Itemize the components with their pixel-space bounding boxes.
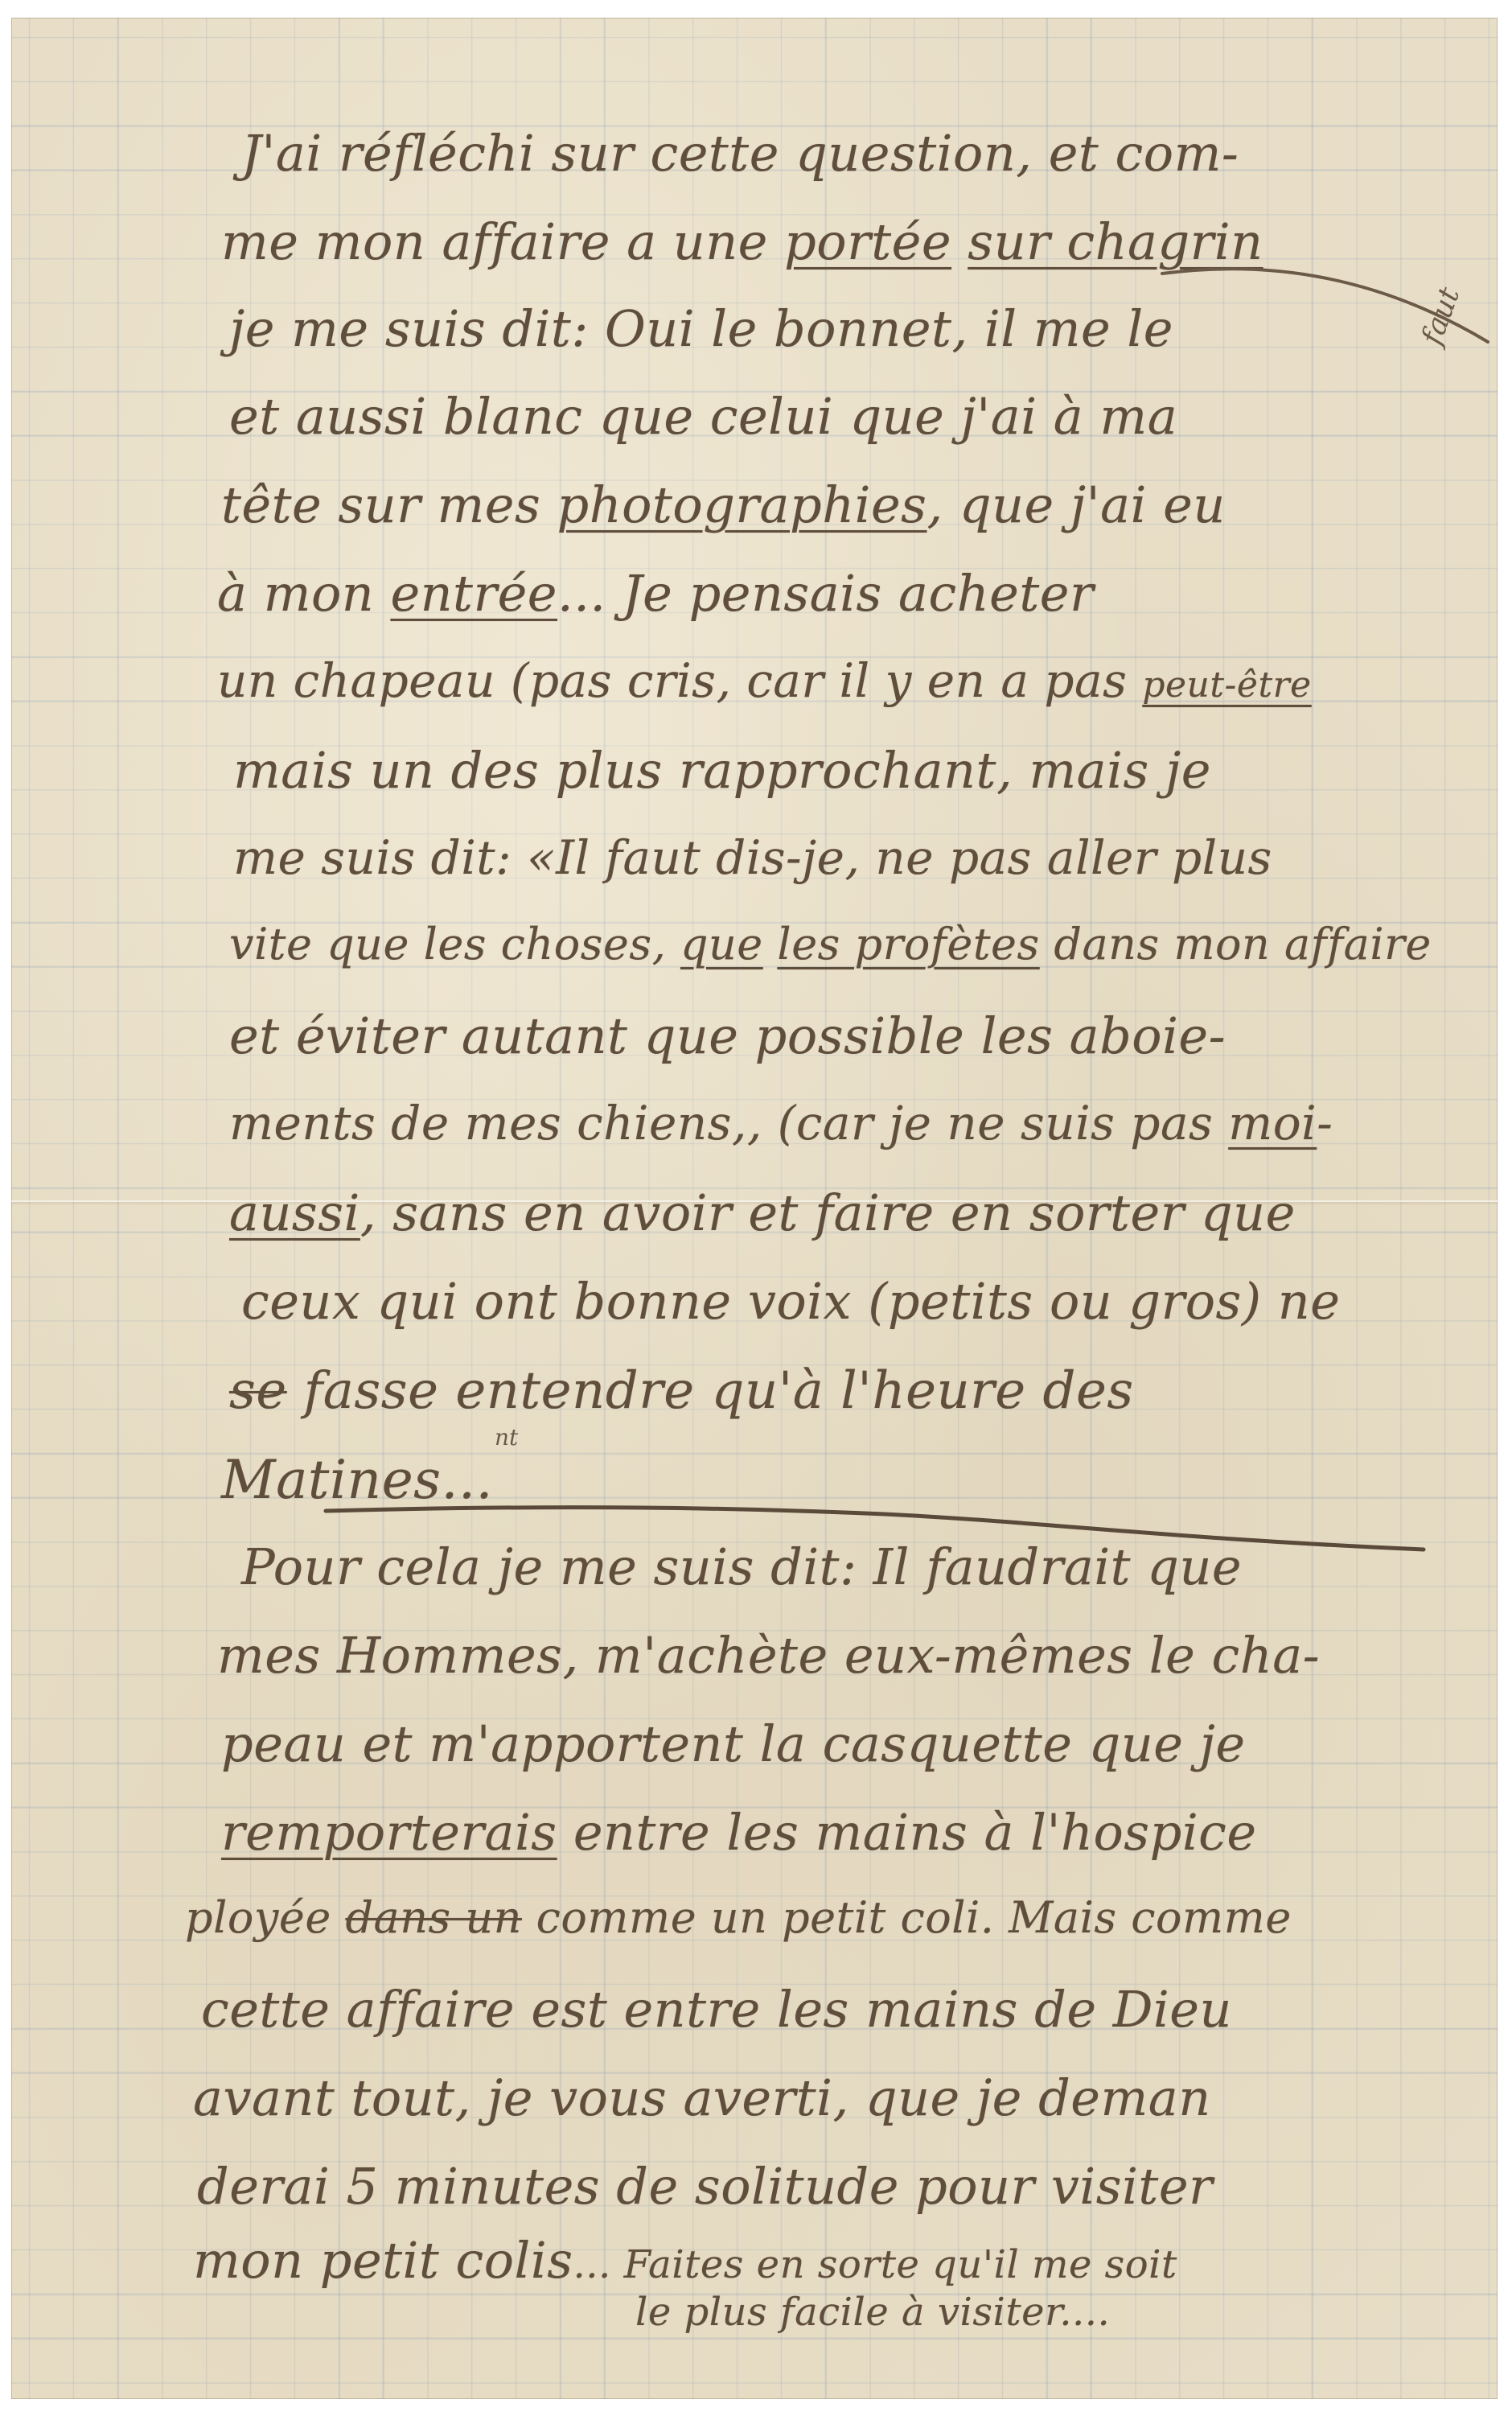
- text-segment: je me suis dit: Oui le bonnet, il me le: [229, 299, 1173, 358]
- text-segment: Pour cela je me suis dit: Il faudrait qu…: [241, 1537, 1242, 1596]
- underlined-word: question: [795, 124, 1016, 183]
- text-segment: ,: [652, 919, 680, 969]
- text-segment: [951, 212, 968, 271]
- text-line-13: aussi, sans en avoir et faire en sorter …: [229, 1188, 1296, 1238]
- text-line-20: remporterais entre les mains à l'hospice: [221, 1808, 1257, 1858]
- text-line-26: le plus facile à visiter....: [635, 2293, 1110, 2332]
- text-segment: vite que les: [229, 919, 501, 969]
- text-segment: , que j'ai eu: [927, 475, 1225, 534]
- text-line-25: mon petit colis... Faites en sorte qu'il…: [193, 2236, 1177, 2286]
- text-segment: dans mon affaire: [1040, 919, 1432, 969]
- text-line-15: se fasse entendre qu'à l'heure des: [229, 1365, 1134, 1417]
- text-line-14: ceux qui ont bonne voix (petits ou gros)…: [241, 1277, 1340, 1327]
- text-segment: le plus facile à visiter....: [635, 2290, 1110, 2335]
- text-line-2: me mon affaire a une portée sur chagrin: [221, 217, 1263, 267]
- text-line-23: avant tout, je vous averti, que je deman: [193, 2073, 1211, 2123]
- text-segment: tête sur mes: [221, 475, 557, 534]
- text-line-10: vite que les choses, que les profètes da…: [229, 923, 1432, 966]
- text-segment: ceux qui ont bonne voix (petits ou gros)…: [241, 1272, 1340, 1331]
- text-segment: comme un petit coli. Mais comme: [522, 1892, 1292, 1943]
- text-line-18: mes Hommes, m'achète eux-mêmes le cha-: [217, 1631, 1320, 1681]
- text-segment: -: [1317, 1096, 1333, 1150]
- text-segment: mon petit colis: [193, 2231, 573, 2290]
- underlined-word: les profètes: [777, 919, 1039, 969]
- text-line-24: derai 5 minutes de solitude pour visiter: [197, 2162, 1213, 2212]
- text-line-8: mais un des plus rapprochant, mais je: [233, 746, 1211, 796]
- text-segment: ... Je pensais acheter: [557, 564, 1094, 623]
- underlined-word: entrée: [390, 564, 557, 623]
- text-segment: que possible les aboie-: [627, 1006, 1226, 1065]
- text-segment: me suis dit: «Il faut dis-je, ne pas all…: [233, 830, 1272, 885]
- text-segment: mais un des plus rapprochant, mais je: [233, 741, 1211, 800]
- underlined-word: que: [680, 919, 763, 969]
- text-line-6: à mon entrée... Je pensais acheter: [217, 569, 1094, 619]
- underlined-word: moi: [1228, 1096, 1317, 1150]
- text-segment: entre les mains à l'hospice: [557, 1803, 1257, 1862]
- text-line-9: me suis dit: «Il faut dis-je, ne pas all…: [233, 834, 1272, 881]
- text-segment: cette affaire est entre les mains de Die…: [201, 1980, 1232, 2039]
- text-line-12: ments de mes chiens,, (car je ne suis pa…: [229, 1100, 1333, 1146]
- text-segment: et aussi blanc que celui que j'ai à ma: [229, 387, 1177, 446]
- underlined-word: photographies: [557, 475, 927, 534]
- text-line-22: cette affaire est entre les mains de Die…: [201, 1985, 1232, 2035]
- text-segment: ments de mes chiens,, (car je ne suis pa…: [229, 1096, 1228, 1150]
- underlined-word: remporterais: [221, 1803, 557, 1862]
- text-line-1: J'ai réfléchi sur cette question, et com…: [241, 129, 1239, 179]
- underlined-word: portée: [784, 212, 951, 271]
- text-segment: avant tout, je vous averti, que je deman: [193, 2068, 1211, 2127]
- underlined-word: peut-être: [1142, 665, 1311, 706]
- text-segment: ... Faites en sorte qu'il me soit: [573, 2242, 1177, 2287]
- text-segment: autant: [462, 1006, 628, 1065]
- text-line-17: Pour cela je me suis dit: Il faudrait qu…: [241, 1542, 1242, 1592]
- text-segment: , sans en avoir et faire en sorter que: [360, 1183, 1296, 1242]
- text-segment: [763, 919, 778, 969]
- text-segment: un chapeau (pas cris, car il y en a pas: [217, 653, 1142, 708]
- text-segment: mes Hommes, m'achète eux-mêmes le cha-: [217, 1626, 1320, 1685]
- text-line-11: et éviter autant que possible les aboie-: [229, 1011, 1226, 1061]
- text-line-19: peau et m'apportent la casquette que je: [221, 1719, 1246, 1769]
- struck-word: dans un: [345, 1892, 521, 1943]
- text-line-4: et aussi blanc que celui que j'ai à ma: [229, 392, 1177, 442]
- struck-word: se: [229, 1361, 287, 1421]
- underlined-word: choses: [501, 919, 652, 969]
- text-segment: et éviter: [229, 1006, 462, 1065]
- insertion-superscript: nt: [495, 1424, 518, 1451]
- text-segment: , et com-: [1016, 124, 1239, 183]
- text-segment: fasse entendre qu'à l'heure des: [287, 1361, 1134, 1421]
- text-segment: à mon: [217, 564, 390, 623]
- text-line-21: ployée dans un comme un petit coli. Mais…: [185, 1896, 1292, 1940]
- text-segment: J'ai réfléchi sur cette: [241, 124, 795, 183]
- text-segment: peau et m'apportent la casquette que je: [221, 1714, 1246, 1773]
- underlined-word: aussi: [229, 1183, 360, 1242]
- text-segment: me mon affaire a une: [221, 212, 784, 271]
- text-segment: derai 5 minutes de solitude pour visiter: [197, 2157, 1213, 2216]
- text-segment: ployée: [185, 1892, 345, 1943]
- text-line-3: je me suis dit: Oui le bonnet, il me le: [229, 304, 1173, 354]
- text-line-7: un chapeau (pas cris, car il y en a pas …: [217, 657, 1312, 704]
- text-line-5: tête sur mes photographies, que j'ai eu: [221, 480, 1226, 530]
